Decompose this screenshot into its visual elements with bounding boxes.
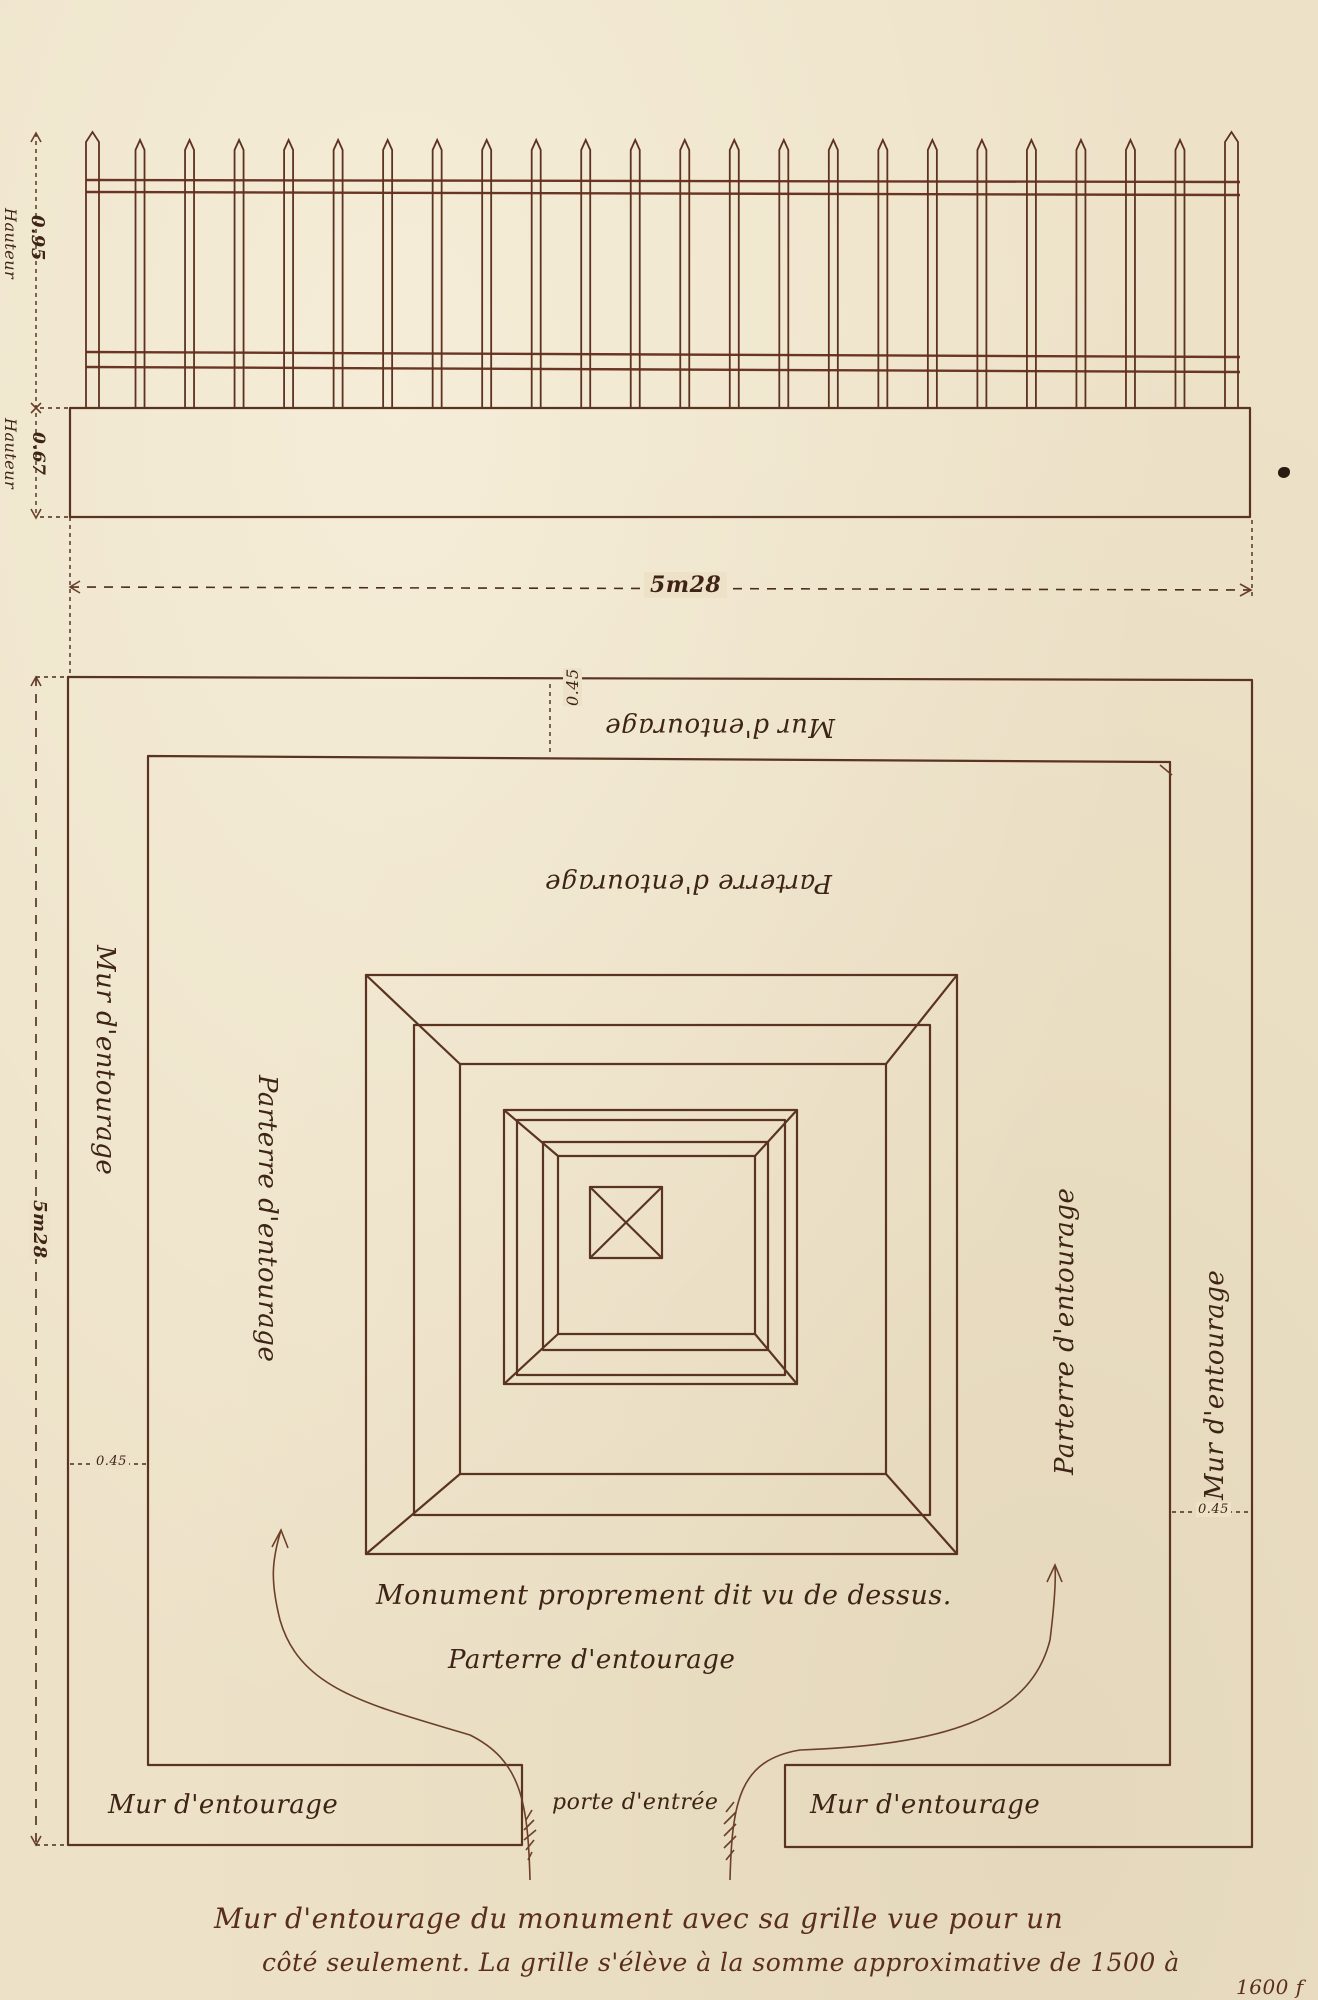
entrance-label: porte d'entrée [552,1790,718,1815]
wall-height-label: 0.67 [28,432,48,475]
fence-picket [1175,140,1184,408]
fence-height-label: 0.95 [27,215,48,261]
top-parterre-label: Parterre d'entourage [545,868,832,898]
left-parterre-label: Parterre d'entourage [252,1075,282,1362]
right-parterre-label: Parterre d'entourage [1050,1188,1080,1475]
top-wall-thickness: 0.45 [563,668,582,706]
monument-top-view [366,975,957,1554]
wall-height-caption: Hauteur [1,418,20,489]
right-wall-thickness: 0.45 [1196,1502,1231,1517]
fence-picket [1076,140,1085,408]
caption-line-3: 1600 f [1236,1975,1304,1999]
caption-line-2: côté seulement. La grille s'élève à la s… [262,1948,1180,1977]
caption-line-1: Mur d'entourage du monument avec sa gril… [214,1902,1063,1935]
left-wall-thickness: 0.45 [94,1454,129,1469]
right-wall-label: Mur d'entourage [1200,1270,1230,1500]
left-dimension-label: 5m28 [29,1200,50,1259]
top-wall-label: Mur d'entourage [605,712,835,742]
fence-picket [977,140,986,408]
bottom-parterre-label: Parterre d'entourage [448,1645,735,1675]
fence-elevation [86,132,1240,408]
fence-picket [928,140,937,408]
bottom-right-wall-label: Mur d'entourage [810,1790,1040,1820]
fence-picket [1225,132,1238,408]
base-wall-elevation [70,408,1250,517]
fence-picket [1027,140,1036,408]
fence-picket [1126,140,1135,408]
width-dimension-label: 5m28 [644,572,727,598]
bottom-left-wall-label: Mur d'entourage [108,1790,338,1820]
monument-label: Monument proprement dit vu de dessus. [376,1580,952,1611]
left-wall-label: Mur d'entourage [90,945,120,1175]
drawing-canvas [0,0,1318,2000]
fence-height-caption: Hauteur [1,208,20,279]
